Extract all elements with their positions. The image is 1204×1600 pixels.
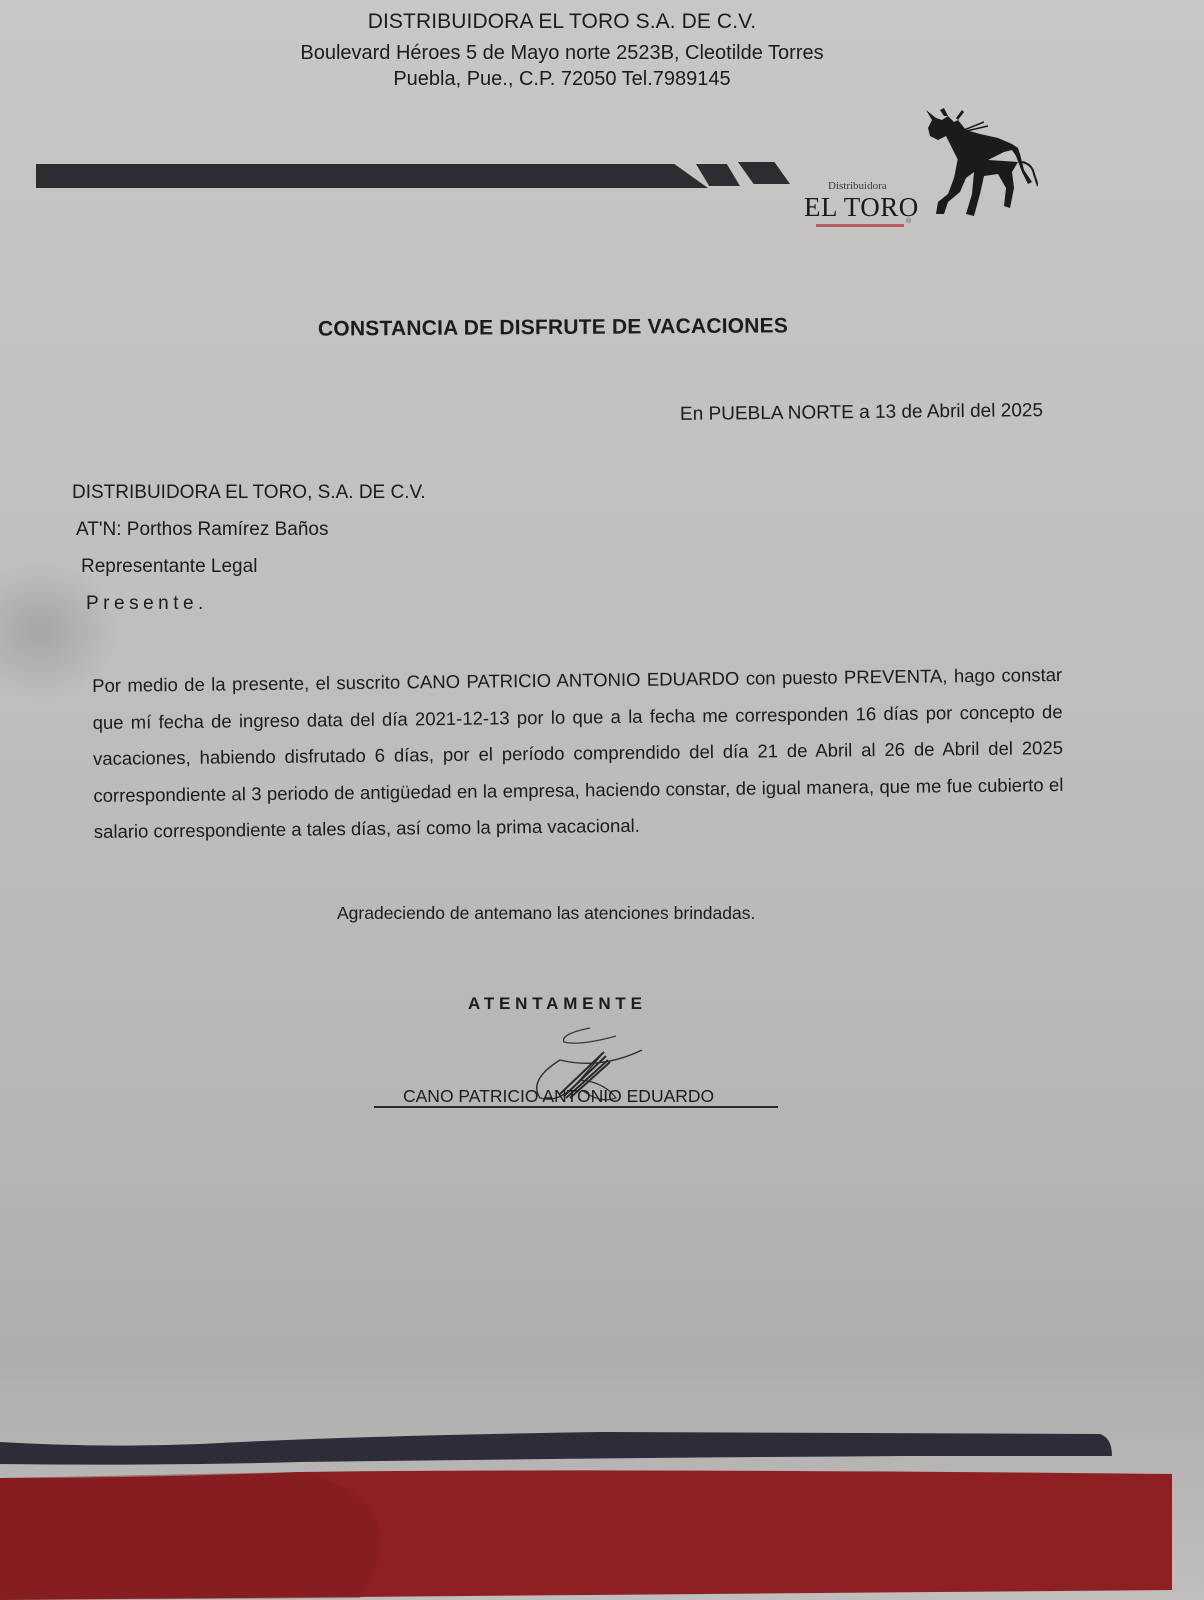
salutation: Presente. <box>86 593 208 615</box>
signer-name: CANO PATRICIO ANTONIO EDUARDO <box>403 1086 714 1107</box>
company-address-line1: Boulevard Héroes 5 de Mayo norte 2523B, … <box>0 40 1124 66</box>
header-bar-segment <box>696 164 740 186</box>
header-bar-main <box>36 164 708 188</box>
place-date: En PUEBLA NORTE a 13 de Abril del 2025 <box>680 400 1043 426</box>
sign-off: ATENTAMENTE <box>468 994 647 1014</box>
logo-subtitle: Distribuidora <box>828 180 887 192</box>
recipient-role: Representante Legal <box>81 556 257 578</box>
document-title: CONSTANCIA DE DISFRUTE DE VACACIONES <box>318 314 788 341</box>
recipient-company: DISTRIBUIDORA EL TORO, S.A. DE C.V. <box>72 482 426 504</box>
footer-decorative-bands <box>0 1420 1204 1600</box>
closing-line: Agradeciendo de antemano las atenciones … <box>337 903 755 924</box>
letterhead: DISTRIBUIDORA EL TORO S.A. DE C.V. Boule… <box>0 8 1124 92</box>
signature-line <box>374 1106 778 1108</box>
logo-tagline <box>816 224 904 227</box>
logo-brand-name: EL TORO <box>804 192 919 223</box>
company-address-line2: Puebla, Pue., C.P. 72050 Tel.7989145 <box>0 66 1124 92</box>
body-paragraph: Por medio de la presente, el suscrito CA… <box>92 657 1064 851</box>
bull-icon <box>918 102 1038 227</box>
registered-mark: ® <box>906 218 911 225</box>
header-bar-segment <box>738 162 790 184</box>
company-logo: Distribuidora EL TORO ® <box>800 100 1040 235</box>
company-name: DISTRIBUIDORA EL TORO S.A. DE C.V. <box>0 10 1124 34</box>
recipient-attention: AT'N: Porthos Ramírez Baños <box>76 519 328 541</box>
